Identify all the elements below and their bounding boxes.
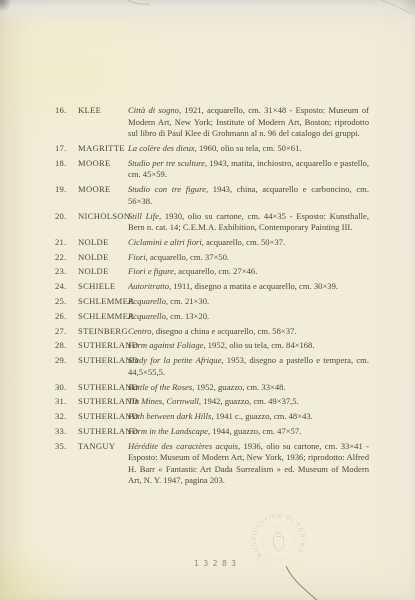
entry-details: , 1941 c., guazzo, cm. 48×43. <box>211 411 313 421</box>
entry-title: Acquarello <box>128 296 166 306</box>
entry-artist: MOORE <box>78 158 128 181</box>
entry-description: Città di sogno, 1921, acquarello, cm. 31… <box>128 105 369 140</box>
entry-artist: SUTHERLAND <box>78 355 128 378</box>
entry-description: Form in the Landscape, 1944, guazzo, cm.… <box>128 426 369 438</box>
catalog-entry: 17. MAGRITTE La colère des dieux, 1960, … <box>55 143 369 155</box>
entry-artist: MAGRITTE <box>78 143 128 155</box>
catalog-entry: 25. SCHLEMMER Acquarello, cm. 21×30. <box>55 296 369 308</box>
catalog-entry: 20. NICHOLSON Still Life, 1930, olio su … <box>55 211 369 234</box>
entry-artist: KLEE <box>78 105 128 140</box>
entry-artist: SUTHERLAND <box>78 382 128 394</box>
entry-description: Form against Foliage, 1952, olio su tela… <box>128 340 369 352</box>
catalog-entry: 19. MOORE Studio con tre figure, 1943, c… <box>55 184 369 207</box>
entry-artist: SUTHERLAND <box>78 411 128 423</box>
entry-title: Studio con tre figure <box>128 184 206 194</box>
entry-title: Form against Foliage <box>128 340 203 350</box>
entry-details: , 1952, olio su tela, cm. 84×168. <box>203 340 314 350</box>
entry-description: Battle of the Roses, 1952, guazzo, cm. 3… <box>128 382 369 394</box>
entry-artist: STEINBERG <box>78 326 128 338</box>
entry-description: Centro, disegno a china e acquarello, cm… <box>128 326 369 338</box>
entry-artist: TANGUY <box>78 441 128 487</box>
catalog-entry: 21. NOLDE Ciclamini e altri fiori, acqua… <box>55 237 369 249</box>
entry-title: La colère des dieux <box>128 143 195 153</box>
entry-details: , 1944, guazzo, cm. 47×57. <box>208 426 301 436</box>
svg-text:MUSEO CIVICO DI TORINO: MUSEO CIVICO DI TORINO <box>249 511 306 560</box>
entry-details: , 1930, olio su cartone, cm. 44×35 - Esp… <box>128 211 369 233</box>
entry-title: Città di sogno <box>128 105 179 115</box>
entry-description: Fiori e figure, acquarello, cm. 27×46. <box>128 266 369 278</box>
entry-details: , acquarello, cm. 50×37. <box>202 237 285 247</box>
entry-description: Ciclamini e altri fiori, acquarello, cm.… <box>128 237 369 249</box>
entry-artist: NOLDE <box>78 237 128 249</box>
entry-number: 35. <box>55 441 78 487</box>
entry-title: Still Life <box>128 211 159 221</box>
catalog-entry: 22. NOLDE Fiori, acquarello, cm. 37×50. <box>55 252 369 264</box>
entry-number: 22. <box>55 252 78 264</box>
entry-details: , cm. 13×20. <box>166 311 209 321</box>
entry-description: La colère des dieux, 1960, olio su tela,… <box>128 143 369 155</box>
entry-description: Path between dark Hills, 1941 c., guazzo… <box>128 411 369 423</box>
fiber-mark <box>128 0 150 4</box>
entry-details: , 1952, guazzo, cm. 33×48. <box>192 382 285 392</box>
entry-artist: SCHIELE <box>78 281 128 293</box>
entry-title: Studio per tre sculture <box>128 158 205 168</box>
inventory-number-stamp: 13283 <box>194 559 241 568</box>
entry-number: 21. <box>55 237 78 249</box>
entry-number: 23. <box>55 266 78 278</box>
catalog-entry: 18. MOORE Studio per tre sculture, 1943,… <box>55 158 369 181</box>
entry-description: Hérédite des caractères acquis, 1936, ol… <box>128 441 369 487</box>
museum-seal-icon: MUSEO CIVICO DI TORINO MUSEO CIVICO DI T… <box>245 509 313 577</box>
entry-title: Centro <box>128 326 152 336</box>
entry-details: , 1942, guazzo, cm. 49×37,5. <box>199 396 299 406</box>
entry-artist: NOLDE <box>78 252 128 264</box>
entry-number: 33. <box>55 426 78 438</box>
entry-title: Autoritratto <box>128 281 169 291</box>
entry-number: 30. <box>55 382 78 394</box>
entry-details: , 1911, disegno a matita e acquarello, c… <box>169 281 338 291</box>
entry-details: , acquarello, cm. 37×50. <box>146 252 229 262</box>
entry-artist: SCHLEMMER <box>78 311 128 323</box>
entry-number: 24. <box>55 281 78 293</box>
catalog-entry: 33. SUTHERLAND Form in the Landscape, 19… <box>55 426 369 438</box>
catalog-entry: 29. SUTHERLAND Study for la petite Afriq… <box>55 355 369 378</box>
seal-text: MUSEO CIVICO DI TORINO <box>249 511 306 560</box>
catalog-page: 16. KLEE Città di sogno, 1921, acquarell… <box>0 0 415 600</box>
entry-title: Battle of the Roses <box>128 382 192 392</box>
entry-artist: SUTHERLAND <box>78 426 128 438</box>
entry-title: Ciclamini e altri fiori <box>128 237 202 247</box>
entry-number: 28. <box>55 340 78 352</box>
entry-artist: NICHOLSON <box>78 211 128 234</box>
entry-artist: SUTHERLAND <box>78 340 128 352</box>
entry-artist: SCHLEMMER <box>78 296 128 308</box>
entry-artist: MOORE <box>78 184 128 207</box>
entry-description: Still Life, 1930, olio su cartone, cm. 4… <box>128 211 369 234</box>
entry-title: Acquarello <box>128 311 166 321</box>
entry-details: , acquarello, cm. 27×46. <box>174 266 257 276</box>
catalog-entry: 28. SUTHERLAND Form against Foliage, 195… <box>55 340 369 352</box>
catalog-entry: 23. NOLDE Fiori e figure, acquarello, cm… <box>55 266 369 278</box>
entry-description: Acquarello, cm. 13×20. <box>128 311 369 323</box>
fiber-mark <box>382 0 412 14</box>
catalog-entry: 24. SCHIELE Autoritratto, 1911, disegno … <box>55 281 369 293</box>
entry-number: 32. <box>55 411 78 423</box>
entry-title: Fiori e figure <box>128 266 174 276</box>
entry-number: 27. <box>55 326 78 338</box>
catalog-entry: 31. SUTHERLAND Tin Mines, Cornwall, 1942… <box>55 396 369 408</box>
scanned-page: 16. KLEE Città di sogno, 1921, acquarell… <box>0 0 415 600</box>
entry-artist: NOLDE <box>78 266 128 278</box>
entry-title: Form in the Landscape <box>128 426 208 436</box>
catalog-entry: 27. STEINBERG Centro, disegno a china e … <box>55 326 369 338</box>
entry-artist: SUTHERLAND <box>78 396 128 408</box>
entry-description: Fiori, acquarello, cm. 37×50. <box>128 252 369 264</box>
entry-details: , 1960, olio su tela, cm. 50×61. <box>195 143 302 153</box>
entry-details: , cm. 21×30. <box>166 296 209 306</box>
artwork-list: 16. KLEE Città di sogno, 1921, acquarell… <box>55 105 369 490</box>
entry-number: 29. <box>55 355 78 378</box>
entry-number: 16. <box>55 105 78 140</box>
entry-number: 25. <box>55 296 78 308</box>
entry-description: Study for la petite Afrique, 1953, diseg… <box>128 355 369 378</box>
entry-description: Acquarello, cm. 21×30. <box>128 296 369 308</box>
seal-inner-ring <box>261 525 297 561</box>
entry-description: Studio per tre sculture, 1943, matita, i… <box>128 158 369 181</box>
catalog-entry: 35. TANGUY Hérédite des caractères acqui… <box>55 441 369 487</box>
catalog-entry: 30. SUTHERLAND Battle of the Roses, 1952… <box>55 382 369 394</box>
entry-description: Autoritratto, 1911, disegno a matita e a… <box>128 281 369 293</box>
entry-description: Tin Mines, Cornwall, 1942, guazzo, cm. 4… <box>128 396 369 408</box>
entry-title: Study for la petite Afrique <box>128 355 221 365</box>
entry-details: , disegno a china e acquarello, cm. 58×3… <box>152 326 297 336</box>
entry-number: 19. <box>55 184 78 207</box>
entry-number: 31. <box>55 396 78 408</box>
entry-number: 18. <box>55 158 78 181</box>
catalog-entry: 16. KLEE Città di sogno, 1921, acquarell… <box>55 105 369 140</box>
entry-title: Tin Mines, Cornwall <box>128 396 199 406</box>
entry-title: Fiori <box>128 252 146 262</box>
entry-description: Studio con tre figure, 1943, china, acqu… <box>128 184 369 207</box>
entry-title: Path between dark Hills <box>128 411 211 421</box>
seal-inner-ring <box>261 525 297 561</box>
entry-title: Hérédite des caractères acquis <box>128 441 238 451</box>
catalog-entry: 32. SUTHERLAND Path between dark Hills, … <box>55 411 369 423</box>
entry-number: 17. <box>55 143 78 155</box>
entry-number: 20. <box>55 211 78 234</box>
entry-number: 26. <box>55 311 78 323</box>
catalog-entry: 26. SCHLEMMER Acquarello, cm. 13×20. <box>55 311 369 323</box>
